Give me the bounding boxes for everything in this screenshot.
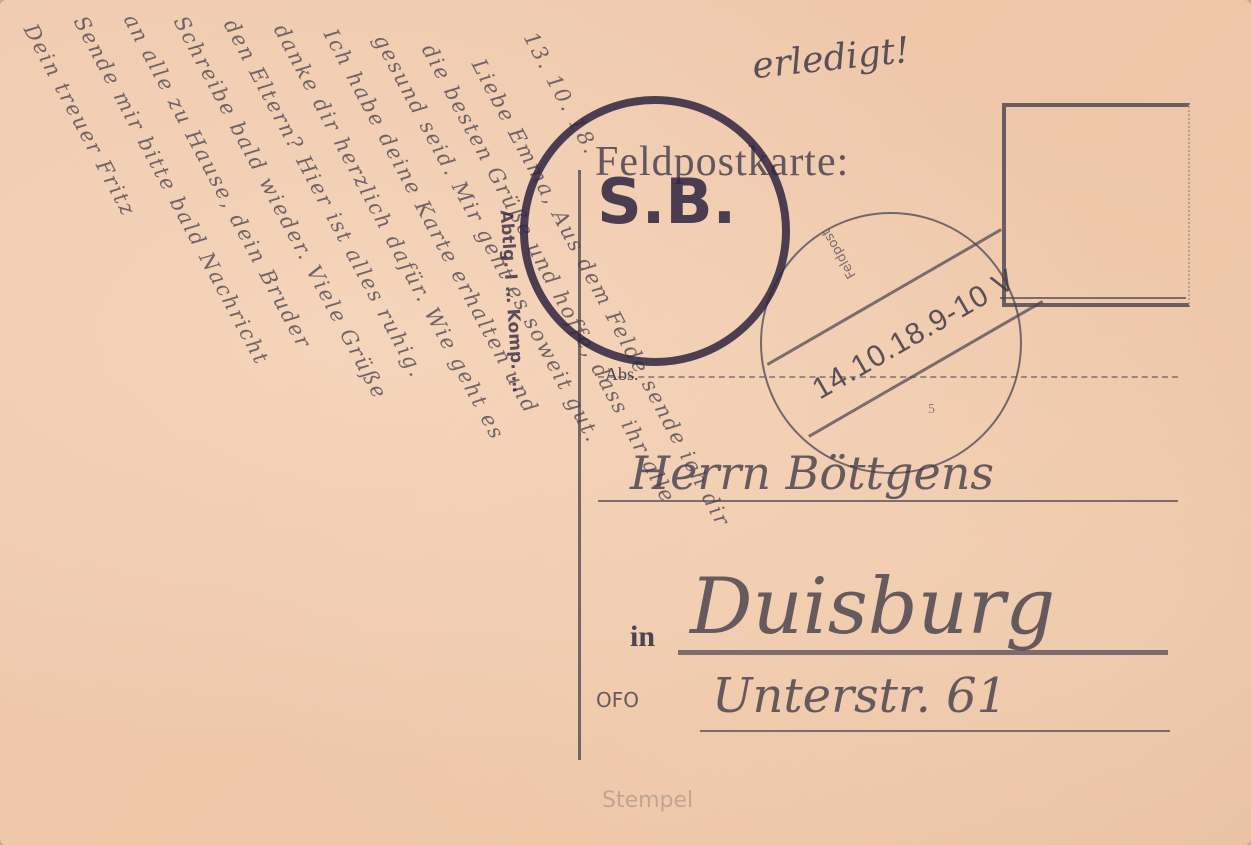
in-label: in — [630, 620, 655, 654]
recipient-street: Unterstr. 61 — [712, 668, 1007, 724]
stamp-box — [1002, 103, 1190, 307]
pencil-note: Stempel — [602, 788, 693, 813]
postmark-mark: 5 — [928, 402, 935, 418]
unit-postmark-code: S.B. — [597, 165, 736, 238]
address-line — [598, 500, 1178, 502]
address-line — [700, 730, 1170, 732]
top-annotation: erledigt! — [750, 30, 911, 87]
recipient-city: Duisburg — [690, 562, 1055, 652]
abs-label: Abs. — [605, 364, 639, 385]
side-note: OFO — [596, 688, 639, 712]
postcard: 13. 10. 18. Liebe Emma, Aus dem Felde se… — [0, 0, 1251, 845]
recipient-name: Herrn Böttgens — [630, 446, 994, 500]
